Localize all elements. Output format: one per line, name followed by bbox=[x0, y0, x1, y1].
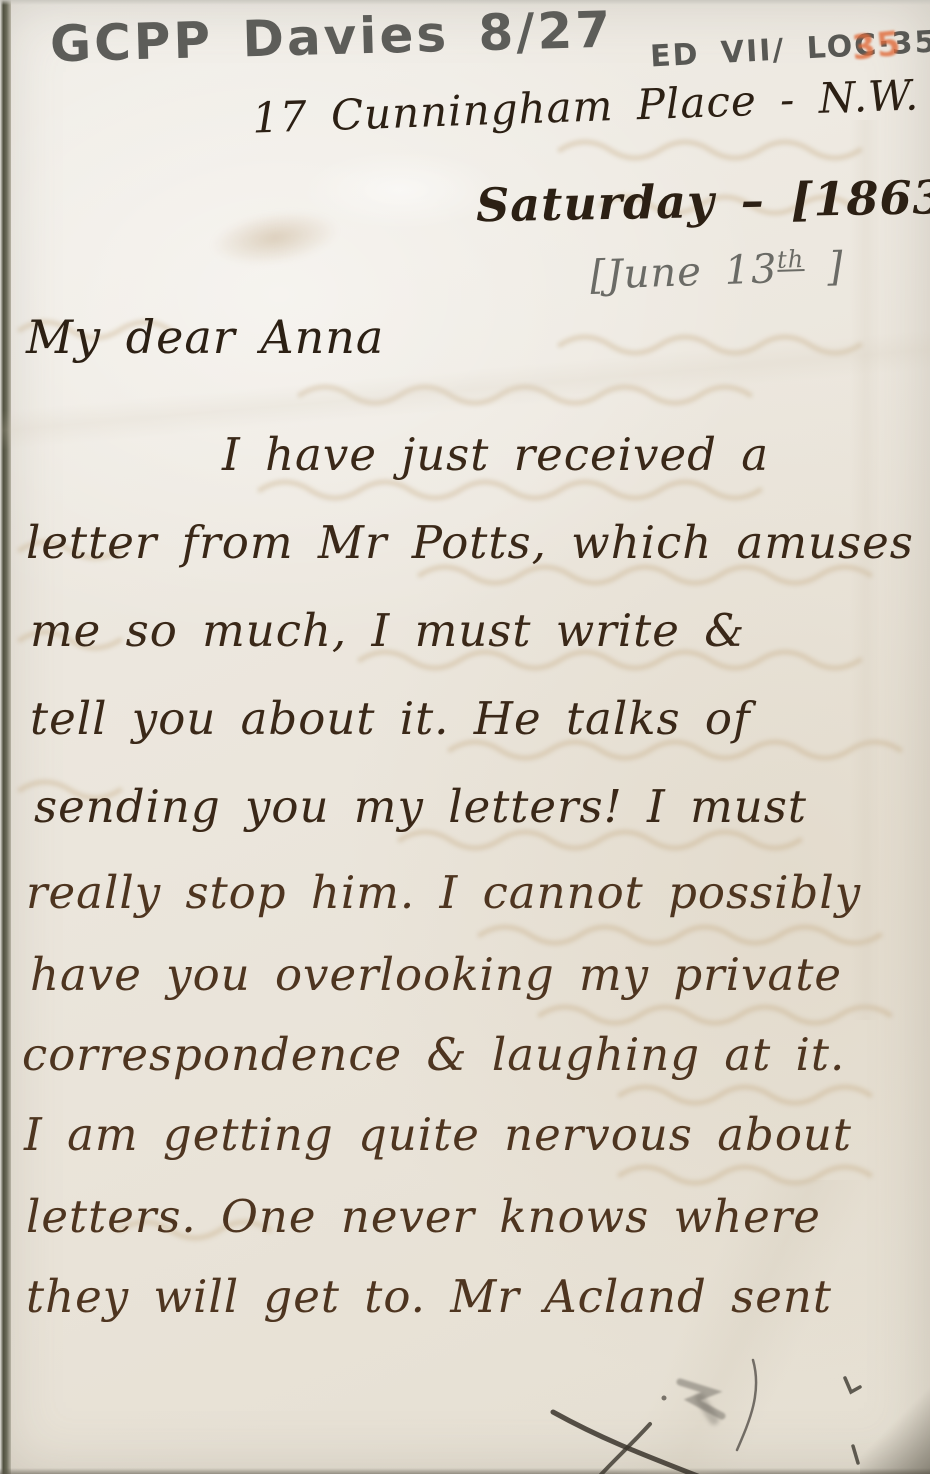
body-line: letter from Mr Potts, which amuses bbox=[26, 516, 914, 569]
pencil-date-open: [June 13 bbox=[589, 246, 778, 299]
body-line: they will get to. Mr Acland sent bbox=[26, 1270, 832, 1323]
body-line: tell you about it. He talks of bbox=[30, 692, 751, 745]
salutation: My dear Anna bbox=[26, 310, 384, 364]
letter-scan-page: 35 GCPP Davies 8/27 ED VII/ LOC·35 17 Cu… bbox=[0, 0, 930, 1474]
body-line: sending you my letters! I must bbox=[34, 780, 807, 833]
archival-reference-pencil: GCPP Davies 8/27 bbox=[49, 1, 613, 74]
body-line: I have just received a bbox=[222, 428, 769, 481]
body-line: really stop him. I cannot possibly bbox=[26, 866, 861, 919]
date-line: Saturday – [1863] bbox=[476, 170, 930, 233]
body-line: letters. One never knows where bbox=[26, 1190, 821, 1243]
body-line: correspondence & laughing at it. bbox=[22, 1028, 845, 1081]
orange-crayon-overwrite: 35 bbox=[850, 24, 903, 69]
body-line: me so much, I must write & bbox=[30, 604, 745, 657]
pencil-date-superscript: th bbox=[777, 245, 805, 274]
body-line: I am getting quite nervous about bbox=[24, 1108, 852, 1161]
pencil-date-close: ] bbox=[804, 244, 845, 291]
body-line: have you overlooking my private bbox=[30, 948, 842, 1001]
page-left-edge bbox=[0, 0, 11, 1474]
pencil-date-annotation: [June 13th ] bbox=[589, 244, 844, 299]
address-line: 17 Cunningham Place - N.W. bbox=[251, 70, 920, 142]
paper-highlight bbox=[300, 150, 500, 230]
